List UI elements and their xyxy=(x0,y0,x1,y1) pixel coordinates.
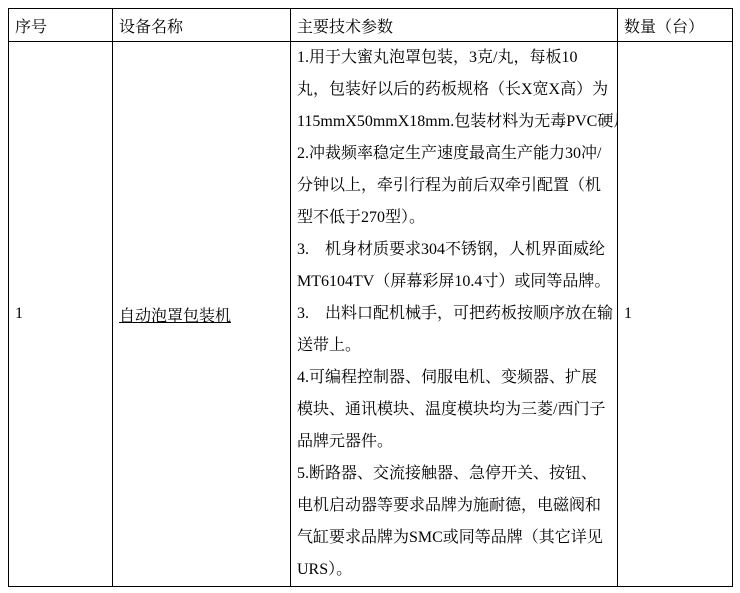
column-header-equipment-name: 设备名称 xyxy=(113,9,291,42)
param-line: 电机启动器等要求品牌为施耐德，电磁阀和 xyxy=(297,490,611,522)
param-line: MT6104TV（屏幕彩屏10.4寸）或同等品牌。 xyxy=(297,266,611,298)
document-page: 序号 设备名称 主要技术参数 数量（台） 1 自动泡罩包装机 1.用于大蜜丸泡罩… xyxy=(0,0,740,593)
cell-serial-number: 1 xyxy=(9,42,113,587)
param-line: 4.可编程控制器、伺服电机、变频器、扩展 xyxy=(297,362,611,394)
column-header-index: 序号 xyxy=(9,9,113,42)
cell-equipment-name: 自动泡罩包装机 xyxy=(113,42,291,587)
param-line: 3. 机身材质要求304不锈钢，人机界面威纶 xyxy=(297,234,611,266)
param-line: 115mmX50mmX18mm.包装材料为无毒PVC硬片。 xyxy=(297,106,611,138)
param-line: 1.用于大蜜丸泡罩包装，3克/丸，每板10 xyxy=(297,42,611,74)
param-line: URS）。 xyxy=(297,554,611,586)
column-header-parameters: 主要技术参数 xyxy=(291,9,618,42)
cell-technical-parameters: 1.用于大蜜丸泡罩包装，3克/丸，每板10 丸，包装好以后的药板规格（长X宽X高… xyxy=(291,42,618,587)
table-row: 1 自动泡罩包装机 1.用于大蜜丸泡罩包装，3克/丸，每板10 丸，包装好以后的… xyxy=(9,42,733,587)
param-line: 送带上。 xyxy=(297,330,611,362)
param-line: 5.断路器、交流接触器、急停开关、按钮、 xyxy=(297,458,611,490)
header-row: 序号 设备名称 主要技术参数 数量（台） xyxy=(9,9,733,42)
cell-quantity: 1 xyxy=(618,42,733,587)
param-line: 丸，包装好以后的药板规格（长X宽X高）为 xyxy=(297,74,611,106)
equipment-name-text: 自动泡罩包装机 xyxy=(119,308,231,325)
column-header-quantity: 数量（台） xyxy=(618,9,733,42)
param-line: 3. 出料口配机械手，可把药板按顺序放在输 xyxy=(297,298,611,330)
param-line: 模块、通讯模块、温度模块均为三菱/西门子 xyxy=(297,394,611,426)
param-line: 分钟以上，牵引行程为前后双牵引配置（机 xyxy=(297,170,611,202)
param-line: 2.冲裁频率稳定生产速度最高生产能力30冲/ xyxy=(297,138,611,170)
param-line: 气缸要求品牌为SMC或同等品牌（其它详见 xyxy=(297,522,611,554)
equipment-spec-table: 序号 设备名称 主要技术参数 数量（台） 1 自动泡罩包装机 1.用于大蜜丸泡罩… xyxy=(8,8,733,587)
param-line: 品牌元器件。 xyxy=(297,426,611,458)
param-line: 型不低于270型）。 xyxy=(297,202,611,234)
